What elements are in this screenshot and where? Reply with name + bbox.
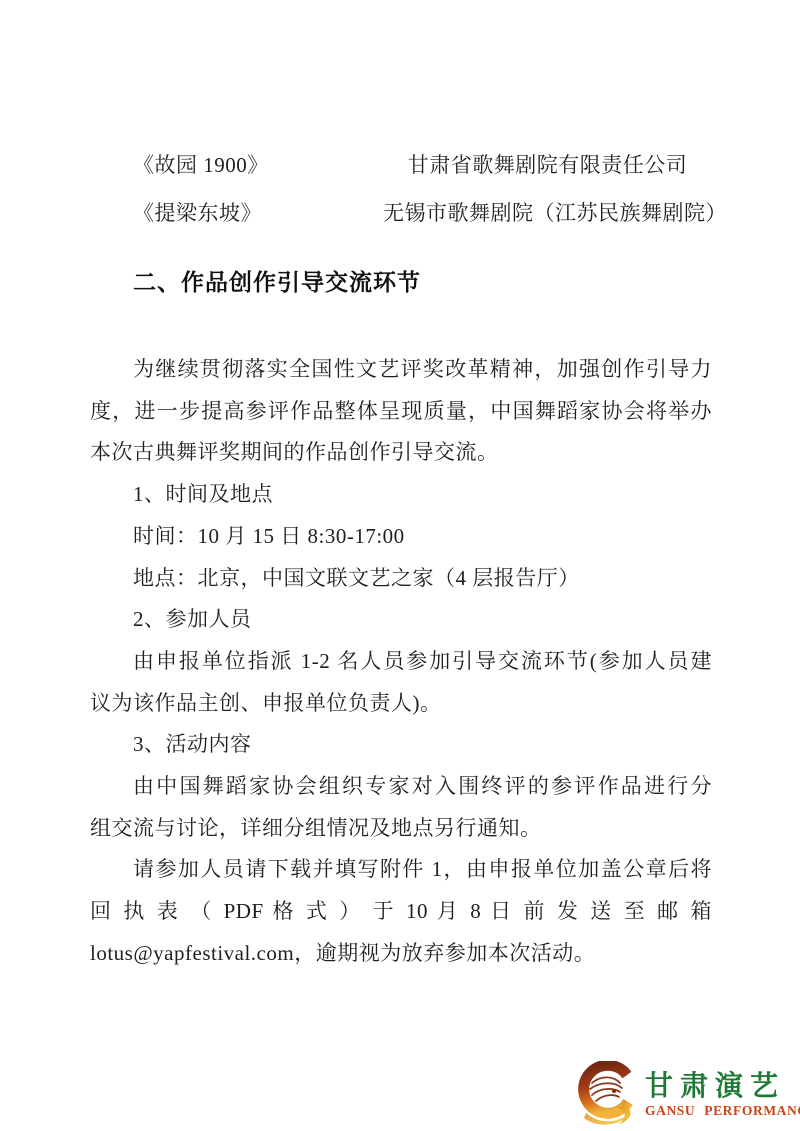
body-line: 3、活动内容: [90, 724, 712, 766]
body-line: 为继续贯彻落实全国性文艺评奖改革精神，加强创作引导力: [90, 349, 712, 391]
entry-list: 《故园 1900》 甘肃省歌舞剧院有限责任公司 《提梁东坡》 无锡市歌舞剧院（江…: [90, 140, 712, 236]
work-title: 《提梁东坡》: [90, 197, 383, 227]
body-line: 由申报单位指派 1-2 名人员参加引导交流环节(参加人员建: [90, 641, 712, 683]
body-line: 2、参加人员: [90, 599, 712, 641]
body-line: 议为该作品主创、申报单位负责人)。: [90, 683, 712, 725]
gansu-logo-swirl-icon: [574, 1061, 638, 1129]
body-line: 度，进一步提高参评作品整体呈现质量，中国舞蹈家协会将举办: [90, 391, 712, 433]
body-line: 由中国舞蹈家协会组织专家对入围终评的参评作品进行分: [90, 766, 712, 808]
body-line-email: lotus@yapfestival.com，逾期视为放弃参加本次活动。: [90, 933, 712, 975]
body-line: 时间：10 月 15 日 8:30-17:00: [90, 516, 712, 558]
section-heading: 二、作品创作引导交流环节: [133, 266, 712, 298]
body-line: 回 执 表 （ PDF 格 式 ） 于 10 月 8 日 前 发 送 至 邮 箱: [90, 891, 712, 933]
body-line: 本次古典舞评奖期间的作品创作引导交流。: [90, 432, 712, 474]
logo-cn-text: 甘肃演艺: [645, 1072, 800, 1102]
document-page: 《故园 1900》 甘肃省歌舞剧院有限责任公司 《提梁东坡》 无锡市歌舞剧院（江…: [0, 0, 800, 1131]
logo-en-text: GANSU PERFORMANCE: [645, 1103, 800, 1118]
body-text: 为继续贯彻落实全国性文艺评奖改革精神，加强创作引导力 度，进一步提高参评作品整体…: [90, 349, 712, 975]
body-line: 组交流与讨论，详细分组情况及地点另行通知。: [90, 808, 712, 850]
body-line: 1、时间及地点: [90, 474, 712, 516]
work-title: 《故园 1900》: [90, 149, 383, 179]
organization-name: 甘肃省歌舞剧院有限责任公司: [383, 149, 712, 179]
body-line: 请参加人员请下载并填写附件 1，由申报单位加盖公章后将: [90, 849, 712, 891]
award-entry-row: 《提梁东坡》 无锡市歌舞剧院（江苏民族舞剧院）: [90, 188, 712, 236]
gansu-performance-logo: 甘肃演艺 GANSU PERFORMANCE: [574, 1061, 800, 1129]
award-entry-row: 《故园 1900》 甘肃省歌舞剧院有限责任公司: [90, 140, 712, 188]
logo-text-block: 甘肃演艺 GANSU PERFORMANCE: [645, 1061, 800, 1118]
organization-name: 无锡市歌舞剧院（江苏民族舞剧院）: [383, 197, 727, 227]
body-line: 地点：北京，中国文联文艺之家（4 层报告厅）: [90, 558, 712, 600]
